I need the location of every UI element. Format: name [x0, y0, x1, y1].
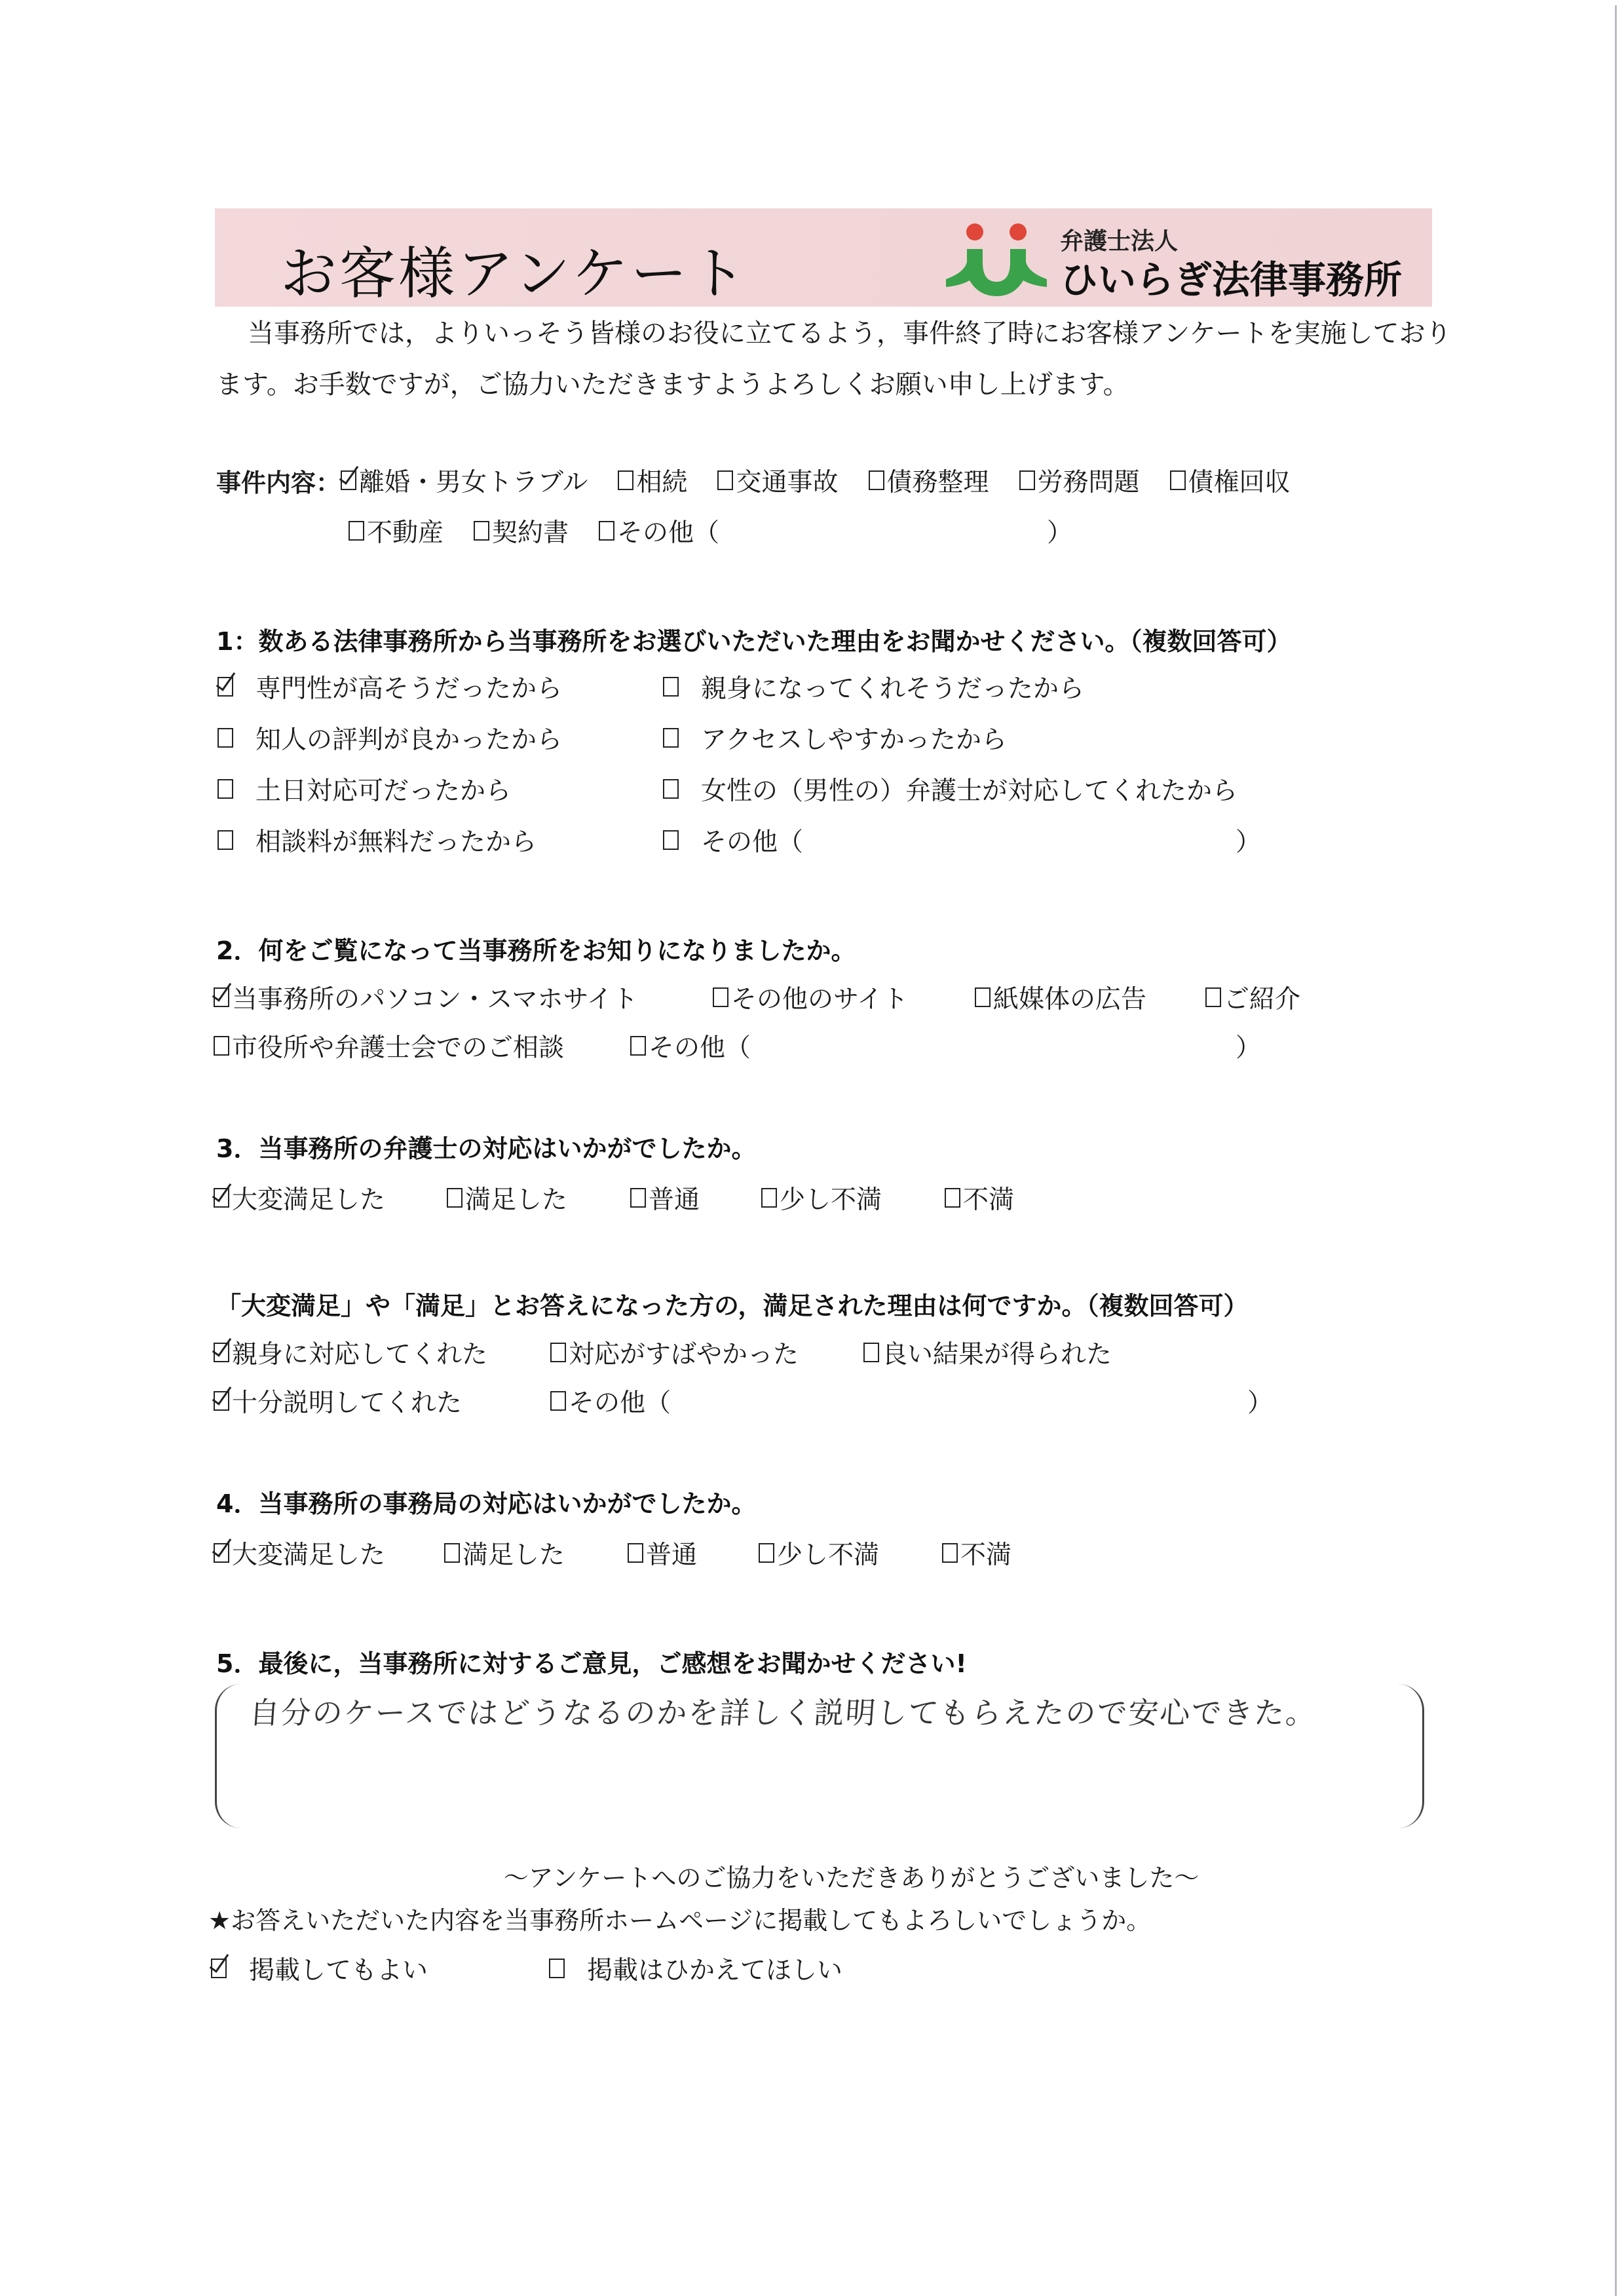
q1-row: 土日対応可だったから 女性の（男性の）弁護士が対応してくれたから	[217, 771, 1237, 807]
checkbox-icon[interactable]	[217, 830, 233, 850]
q1-row: 知人の評判が良かったから アクセスしやすかったから	[217, 719, 1007, 756]
checkbox-icon[interactable]	[663, 728, 679, 748]
q2-option-print-ad[interactable]: 紙媒体の広告	[975, 979, 1205, 1016]
publish-question: ★お答えいただいた内容を当事務所ホームページに掲載してもよろしいでしょうか。	[208, 1900, 1151, 1936]
q1-option-weekend[interactable]: 土日対応可だったから	[217, 771, 663, 807]
case-type-other[interactable]: その他（	[599, 512, 719, 549]
q3b-row-1: 親身に対応してくれた 対応がすばやかった 良い結果が得られた	[214, 1334, 1112, 1371]
checkbox-icon[interactable]	[549, 1959, 565, 1978]
checkbox-icon[interactable]	[663, 830, 679, 850]
checkbox-checked-icon[interactable]	[214, 1391, 229, 1411]
q3b-heading: 「大変満足」や「満足」とお答えになった方の，満足された理由は何ですか。（複数回答…	[216, 1286, 1249, 1322]
case-type-traffic-accident[interactable]: 交通事故	[717, 462, 838, 499]
q2-option-website[interactable]: 当事務所のパソコン・スマホサイト	[214, 979, 713, 1016]
q1-option-access[interactable]: アクセスしやすかったから	[663, 719, 1007, 756]
checkbox-checked-icon[interactable]	[214, 987, 229, 1007]
case-type-contract[interactable]: 契約書	[474, 512, 569, 549]
checkbox-icon[interactable]	[869, 470, 884, 490]
header-banner: お客様アンケート 弁護士法人 ひいらぎ法律事務所	[215, 208, 1432, 307]
checkbox-icon[interactable]	[214, 1036, 229, 1056]
checkbox-icon[interactable]	[599, 521, 614, 541]
q3b-row-2: 十分説明してくれた その他（ ）	[214, 1383, 1273, 1419]
q3b-option-quick[interactable]: 対応がすばやかった	[550, 1334, 863, 1371]
checkbox-icon[interactable]	[863, 1343, 879, 1362]
checkbox-checked-icon[interactable]	[214, 1188, 229, 1208]
q3b-option-caring[interactable]: 親身に対応してくれた	[214, 1334, 550, 1371]
checkbox-checked-icon[interactable]	[214, 1543, 229, 1563]
q1-option-expertise[interactable]: 専門性が高そうだったから	[217, 668, 663, 705]
q4-option-satisfied[interactable]: 満足した	[444, 1535, 628, 1571]
checkbox-checked-icon[interactable]	[217, 677, 233, 697]
checkbox-icon[interactable]	[628, 1543, 643, 1563]
checkbox-checked-icon[interactable]	[341, 470, 356, 490]
q2-option-city-hall[interactable]: 市役所や弁護士会でのご相談	[214, 1027, 630, 1064]
q3b-option-explained[interactable]: 十分説明してくれた	[214, 1383, 550, 1419]
intro-line-1: 当事務所では，よりいっそう皆様のお役に立てるよう，事件終了時にお客様アンケートを…	[216, 308, 1441, 359]
checkbox-checked-icon[interactable]	[214, 1343, 229, 1362]
q3-options: 大変満足した 満足した 普通 少し不満 不満	[214, 1179, 1014, 1216]
checkbox-icon[interactable]	[759, 1543, 774, 1563]
checkbox-icon[interactable]	[349, 521, 364, 541]
thanks-message: ～アンケートへのご協力をいただきありがとうございました～	[0, 1858, 1624, 1894]
checkbox-icon[interactable]	[444, 1543, 460, 1563]
case-type-row-2: 不動産 契約書 その他（ ）	[349, 512, 1072, 549]
q4-option-slightly-dissatisfied[interactable]: 少し不満	[759, 1535, 942, 1571]
intro-text: 当事務所では，よりいっそう皆様のお役に立てるよう，事件終了時にお客様アンケートを…	[216, 308, 1441, 410]
checkbox-icon[interactable]	[474, 521, 489, 541]
q1-heading: 1：数ある法律事務所から当事務所をお選びいただいた理由をお聞かせください。（複数…	[216, 621, 1291, 657]
case-type-row-1: 事件内容： 離婚・男女トラブル 相続 交通事故 債務整理 労務問題 債権回収	[216, 462, 1291, 499]
q1-option-caring[interactable]: 親身になってくれそうだったから	[663, 668, 1084, 705]
q2-row-1: 当事務所のパソコン・スマホサイト その他のサイト 紙媒体の広告 ご紹介	[214, 979, 1300, 1016]
checkbox-icon[interactable]	[663, 779, 679, 799]
case-type-collection[interactable]: 債権回収	[1170, 462, 1291, 499]
q3b-option-other[interactable]: その他（	[550, 1383, 671, 1419]
q3b-option-good-result[interactable]: 良い結果が得られた	[863, 1334, 1112, 1371]
q5-heading: 5．最後に，当事務所に対するご意見，ご感想をお聞かせください!	[216, 1643, 967, 1679]
checkbox-icon[interactable]	[1019, 470, 1035, 490]
q1-row: 専門性が高そうだったから 親身になってくれそうだったから	[217, 668, 1084, 705]
checkbox-icon[interactable]	[550, 1343, 566, 1362]
checkbox-checked-icon[interactable]	[211, 1959, 227, 1978]
firm-logo-icon	[941, 221, 1052, 300]
checkbox-icon[interactable]	[618, 470, 633, 490]
q2-option-other[interactable]: その他（	[630, 1027, 751, 1064]
q3-option-satisfied[interactable]: 満足した	[447, 1179, 630, 1216]
checkbox-icon[interactable]	[1170, 470, 1186, 490]
q2-row-2: 市役所や弁護士会でのご相談 その他（ ）	[214, 1027, 1261, 1064]
q3-option-slightly-dissatisfied[interactable]: 少し不満	[761, 1179, 945, 1216]
q2-option-referral[interactable]: ご紹介	[1205, 979, 1300, 1016]
q1-option-free-consult[interactable]: 相談料が無料だったから	[217, 822, 663, 858]
checkbox-icon[interactable]	[717, 470, 733, 490]
case-type-real-estate[interactable]: 不動産	[349, 512, 444, 549]
case-type-label: 事件内容：	[216, 463, 341, 499]
q4-heading: 4．当事務所の事務局の対応はいかがでしたか。	[216, 1483, 756, 1520]
checkbox-icon[interactable]	[942, 1543, 958, 1563]
page-title: お客様アンケート	[280, 228, 749, 309]
q4-option-very-satisfied[interactable]: 大変満足した	[214, 1535, 444, 1571]
q3-option-dissatisfied[interactable]: 不満	[945, 1179, 1014, 1216]
case-type-labor[interactable]: 労務問題	[1019, 462, 1140, 499]
q4-option-neutral[interactable]: 普通	[628, 1535, 759, 1571]
q3-option-neutral[interactable]: 普通	[630, 1179, 761, 1216]
checkbox-icon[interactable]	[217, 779, 233, 799]
q4-options: 大変満足した 満足した 普通 少し不満 不満	[214, 1535, 1011, 1571]
firm-name: ひいらぎ法律事務所	[1060, 249, 1402, 304]
intro-line-2: ます。お手数ですが，ご協力いただきますようよろしくお願い申し上げます。	[216, 359, 1441, 410]
q3-option-very-satisfied[interactable]: 大変満足した	[214, 1179, 447, 1216]
checkbox-icon[interactable]	[630, 1036, 646, 1056]
q2-option-other-site[interactable]: その他のサイト	[713, 979, 975, 1016]
q4-option-dissatisfied[interactable]: 不満	[942, 1535, 1011, 1571]
checkbox-icon[interactable]	[1205, 987, 1221, 1007]
q1-option-gender-lawyer[interactable]: 女性の（男性の）弁護士が対応してくれたから	[663, 771, 1237, 807]
comment-textarea[interactable]: 自分のケースではどうなるのかを詳しく説明してもらえたので安心できた。	[215, 1684, 1424, 1828]
checkbox-icon[interactable]	[217, 728, 233, 748]
q3-heading: 3．当事務所の弁護士の対応はいかがでしたか。	[216, 1128, 756, 1164]
checkbox-icon[interactable]	[447, 1188, 463, 1208]
checkbox-icon[interactable]	[761, 1188, 777, 1208]
checkbox-icon[interactable]	[945, 1188, 960, 1208]
publish-options: 掲載してもよい 掲載はひかえてほしい	[211, 1950, 842, 1987]
q1-row: 相談料が無料だったから その他（ ）	[217, 822, 1261, 858]
publish-option-allow[interactable]: 掲載してもよい	[211, 1950, 549, 1987]
publish-option-decline[interactable]: 掲載はひかえてほしい	[549, 1950, 842, 1987]
checkbox-icon[interactable]	[713, 987, 728, 1007]
q2-heading: 2．何をご覧になって当事務所をお知りになりましたか。	[216, 930, 856, 966]
checkbox-icon[interactable]	[630, 1188, 646, 1208]
checkbox-icon[interactable]	[550, 1391, 566, 1411]
checkbox-icon[interactable]	[975, 987, 991, 1007]
case-type-debt[interactable]: 債務整理	[869, 462, 989, 499]
q1-option-other[interactable]: その他（	[663, 822, 803, 858]
q1-option-reputation[interactable]: 知人の評判が良かったから	[217, 719, 663, 756]
comment-handwritten-answer: 自分のケースではどうなるのかを詳しく説明してもらえたので安心できた。	[248, 1689, 1319, 1732]
checkbox-icon[interactable]	[663, 677, 679, 697]
case-type-divorce[interactable]: 離婚・男女トラブル	[341, 462, 588, 499]
scan-edge-line	[1615, 5, 1617, 2296]
case-type-inheritance[interactable]: 相続	[618, 462, 687, 499]
